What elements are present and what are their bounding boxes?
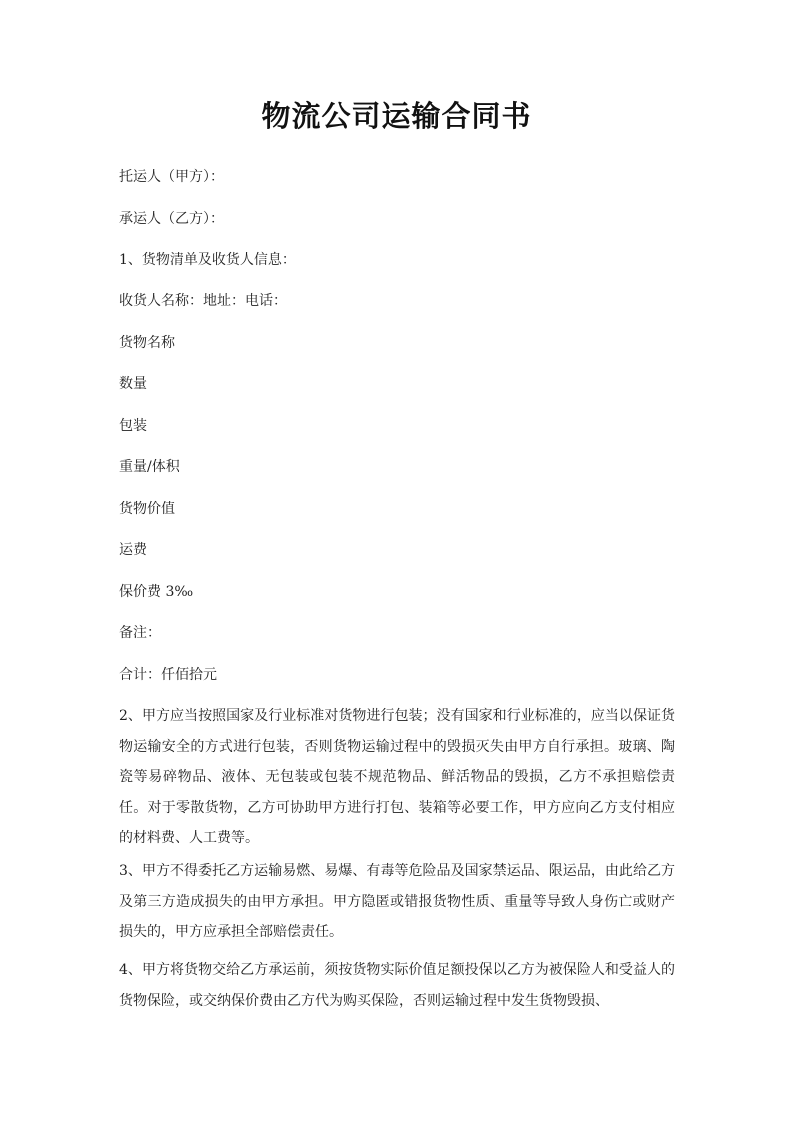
freight-label: 运费	[119, 540, 147, 560]
total-label: 合计：仟佰拾元	[119, 665, 217, 685]
document-page: 物流公司运输合同书 托运人（甲方）： 承运人（乙方）： 1、货物清单及收货人信息…	[0, 0, 793, 1122]
clause-2: 2、甲方应当按照国家及行业标准对货物进行包装；没有国家和行业标准的，应当以保证货…	[119, 701, 675, 854]
clause-4: 4、甲方将货物交给乙方承运前，须按货物实际价值足额投保以乙方为被保险人和受益人的…	[119, 955, 675, 1016]
remarks-label: 备注：	[119, 623, 161, 643]
weight-volume-label: 重量/体积	[119, 457, 180, 477]
consignee-line: 收货人名称：地址：电话：	[119, 291, 287, 311]
goods-name-label: 货物名称	[119, 333, 175, 353]
goods-value-label: 货物价值	[119, 499, 175, 519]
clause-3: 3、甲方不得委托乙方运输易燃、易爆、有毒等危险品及国家禁运品、限运品，由此给乙方…	[119, 856, 675, 948]
insurance-fee-label: 保价费 3‰	[119, 582, 193, 602]
packaging-label: 包装	[119, 416, 147, 436]
quantity-label: 数量	[119, 374, 147, 394]
carrier-field: 承运人（乙方）：	[119, 209, 224, 229]
shipper-field: 托运人（甲方）：	[119, 167, 224, 187]
section1-heading: 1、货物清单及收货人信息：	[119, 250, 296, 270]
document-title: 物流公司运输合同书	[0, 94, 793, 135]
